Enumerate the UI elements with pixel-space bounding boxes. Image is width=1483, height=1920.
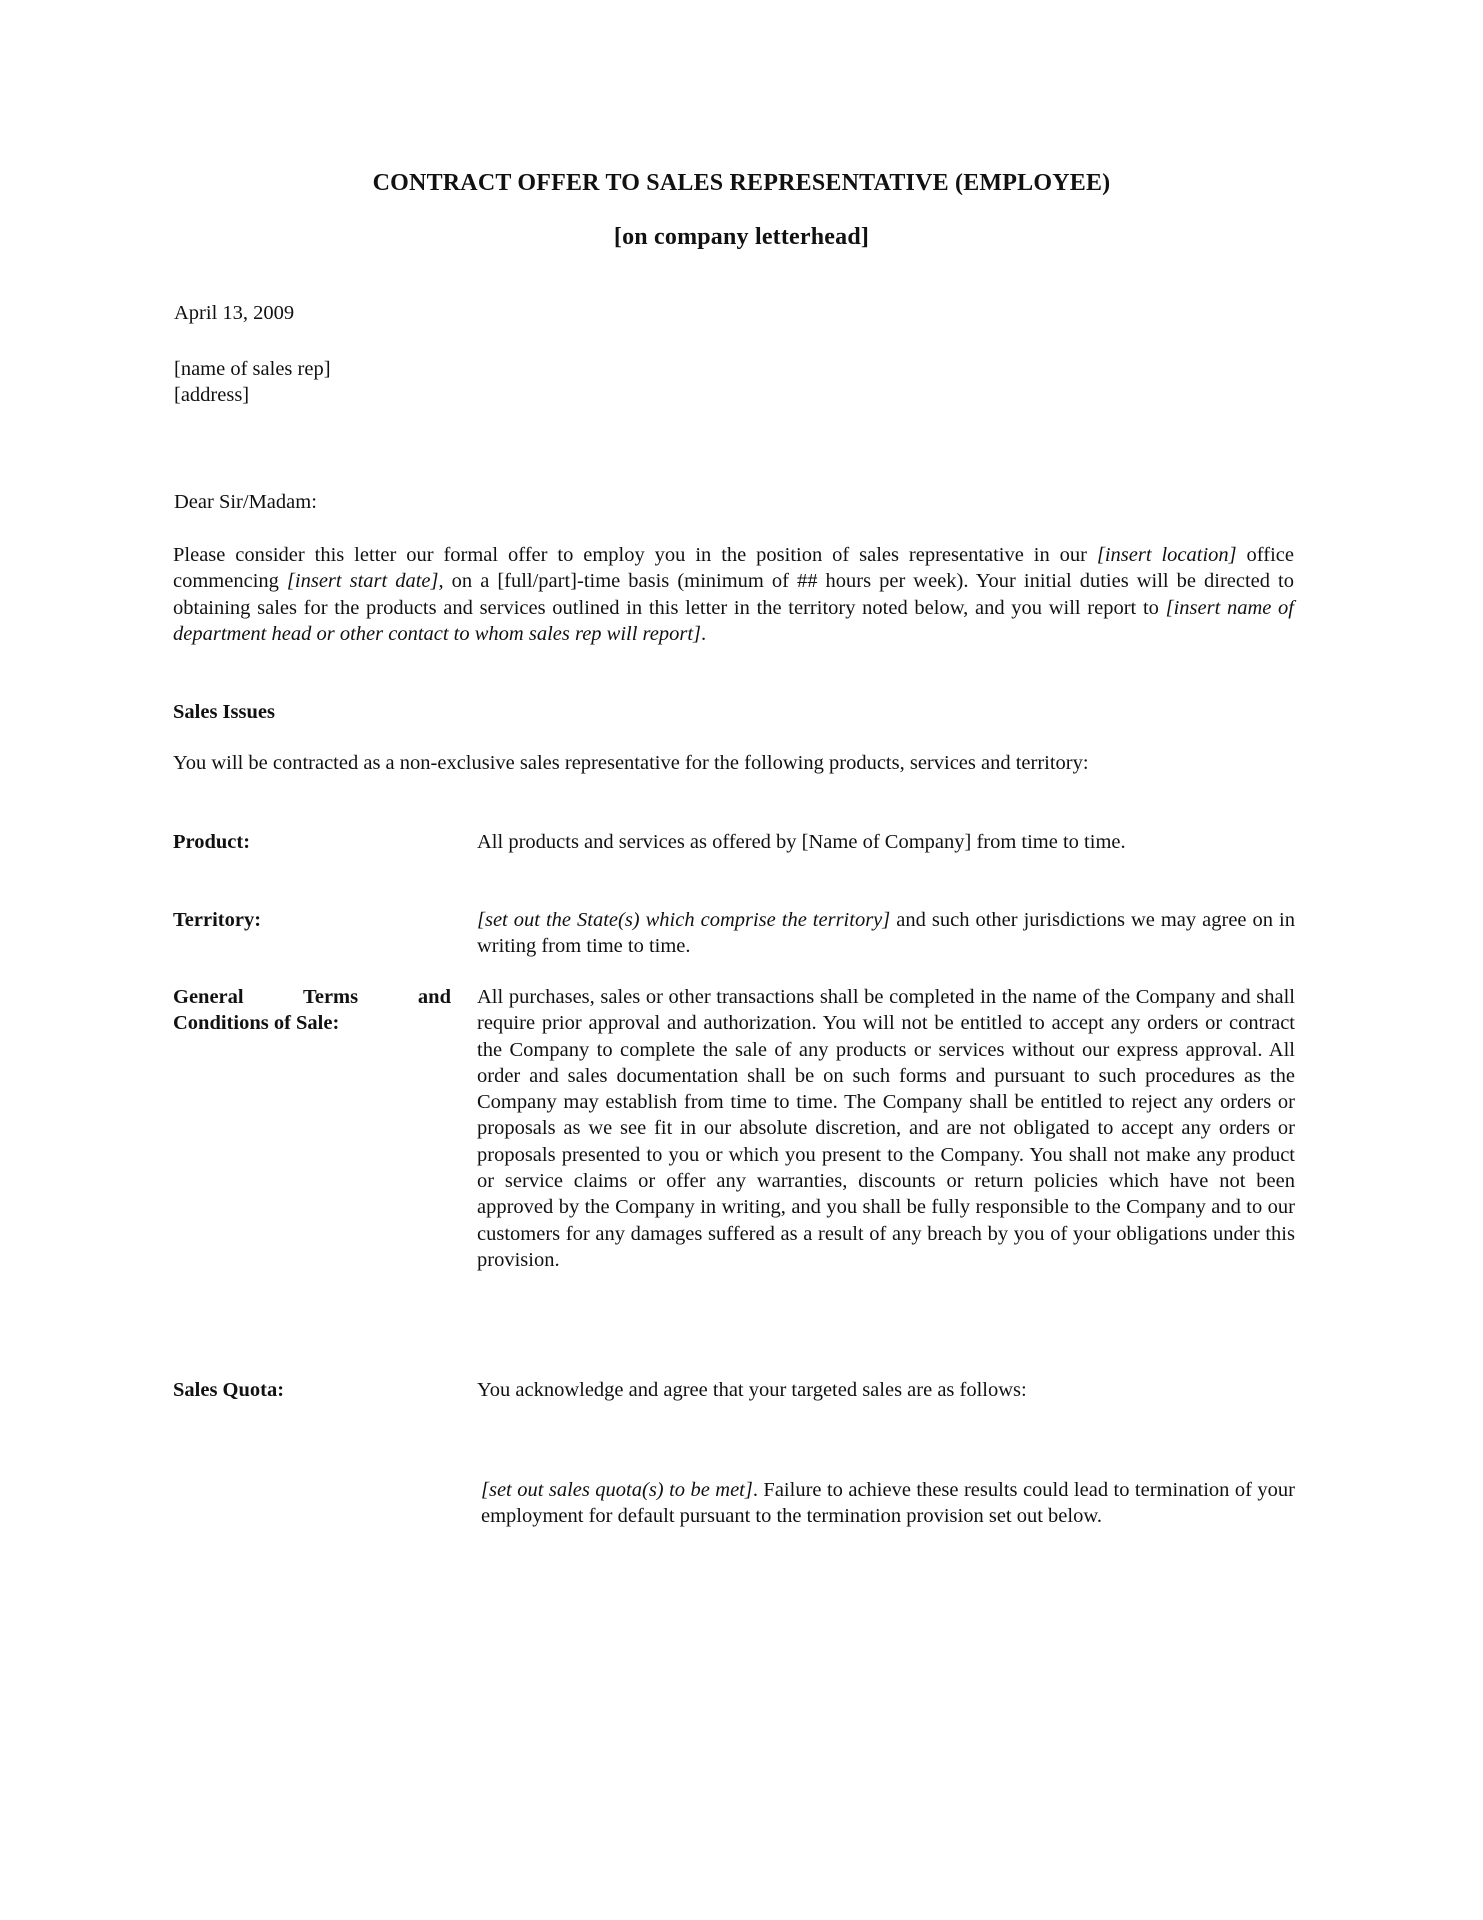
term-label-sales-quota: Sales Quota: bbox=[173, 1377, 451, 1403]
term-value-sales-quota: You acknowledge and agree that your targ… bbox=[477, 1377, 1295, 1403]
term-value-general-terms: All purchases, sales or other transactio… bbox=[477, 984, 1295, 1273]
intro-paragraph: Please consider this letter our formal o… bbox=[173, 542, 1294, 647]
section-heading-sales-issues: Sales Issues bbox=[173, 699, 275, 725]
term-value-territory: [set out the State(s) which comprise the… bbox=[477, 907, 1295, 960]
recipient-block: [name of sales rep] [address] bbox=[174, 356, 331, 409]
letter-date: April 13, 2009 bbox=[174, 300, 294, 326]
placeholder-sales-quota: [set out sales quota(s) to be met] bbox=[481, 1479, 753, 1501]
placeholder-start-date: [insert start date] bbox=[287, 570, 439, 592]
term-label-territory: Territory: bbox=[173, 907, 451, 933]
term-label-general-terms-line1: General Terms and bbox=[173, 984, 451, 1010]
intro-text-1: Please consider this letter our formal o… bbox=[173, 544, 1097, 566]
placeholder-location: [insert location] bbox=[1097, 544, 1237, 566]
term-label-general-terms-line2: Conditions of Sale: bbox=[173, 1012, 339, 1034]
recipient-address: [address] bbox=[174, 382, 331, 408]
term-label-general-terms: General Terms and Conditions of Sale: bbox=[173, 984, 451, 1037]
document-subtitle: [on company letterhead] bbox=[0, 222, 1483, 252]
recipient-name: [name of sales rep] bbox=[174, 356, 331, 382]
term-label-product: Product: bbox=[173, 829, 451, 855]
term-value-product: All products and services as offered by … bbox=[477, 829, 1295, 855]
sales-quota-followup: [set out sales quota(s) to be met]. Fail… bbox=[481, 1477, 1295, 1530]
placeholder-territory: [set out the State(s) which comprise the… bbox=[477, 909, 890, 931]
salutation: Dear Sir/Madam: bbox=[174, 489, 317, 515]
intro-text-4: . bbox=[701, 623, 706, 645]
document-title: CONTRACT OFFER TO SALES REPRESENTATIVE (… bbox=[0, 168, 1483, 198]
section-intro-paragraph: You will be contracted as a non-exclusiv… bbox=[173, 750, 1294, 776]
